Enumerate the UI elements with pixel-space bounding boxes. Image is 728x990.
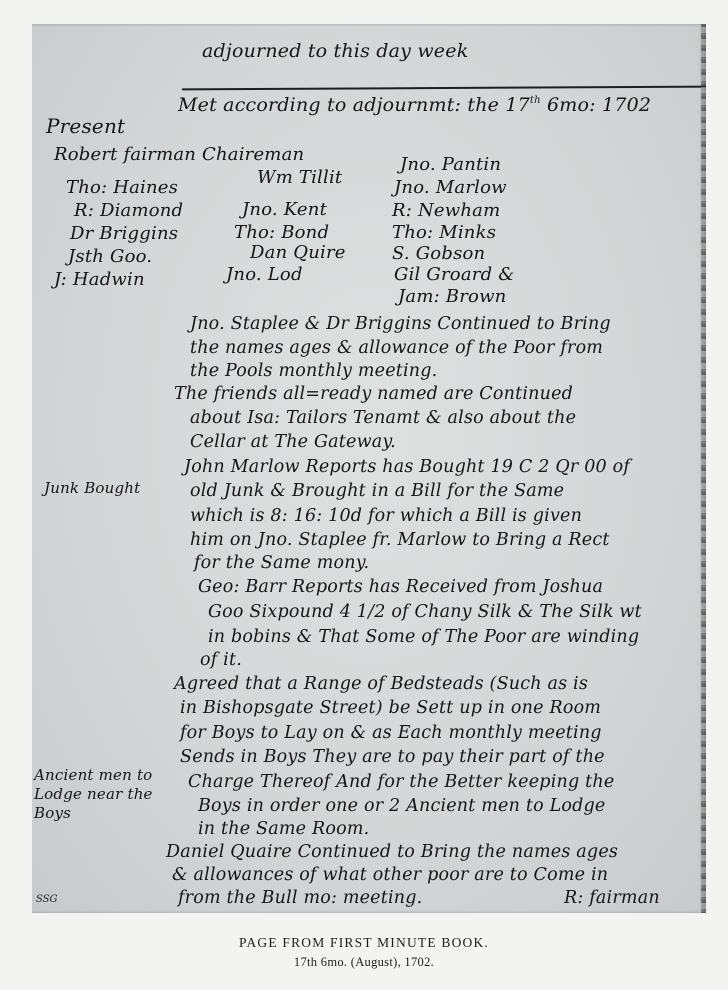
minute-line: about Isa: Tailors Tenamt & also about t… <box>190 408 576 428</box>
chairman-line: Robert fairman Chaireman <box>54 144 304 165</box>
attendee: Tho: Haines <box>66 177 178 198</box>
attendee: Jno. Marlow <box>394 177 507 198</box>
attendee: Gil Groard & <box>394 264 514 285</box>
minute-line: in the Same Room. <box>198 819 369 839</box>
attendee: Wm Tillit <box>257 167 342 188</box>
date-line-text: Met according to adjournmt: the 17 <box>178 94 530 116</box>
attendee: Dan Quire <box>250 242 346 263</box>
minute-line: The friends all=ready named are Continue… <box>174 384 573 404</box>
minute-line: from the Bull mo: meeting. <box>178 888 422 908</box>
date-line-suffix: 6mo: 1702 <box>541 94 651 116</box>
minute-line: Sends in Boys They are to pay their part… <box>180 747 605 767</box>
minute-line: Jno. Staplee & Dr Briggins Continued to … <box>190 314 611 334</box>
minute-line: John Marlow Reports has Bought 19 C 2 Qr… <box>184 457 630 477</box>
attendee: Tho: Minks <box>392 222 496 243</box>
manuscript-page: adjourned to this day week Met according… <box>32 24 706 913</box>
heading-adjourned: adjourned to this day week <box>202 40 468 62</box>
minute-line: for Boys to Lay on & as Each monthly mee… <box>180 723 602 743</box>
signature: R: fairman <box>564 888 660 908</box>
attendee: J: Hadwin <box>54 269 145 290</box>
attendee: Jno. Lod <box>226 264 303 285</box>
minute-line: & allowances of what other poor are to C… <box>172 865 608 885</box>
caption-subtitle: 17th 6mo. (August), 1702. <box>0 955 728 970</box>
minute-line: the Pools monthly meeting. <box>190 361 437 381</box>
attendee: Jno. Pantin <box>400 154 501 175</box>
minute-line: Geo: Barr Reports has Received from Josh… <box>198 577 603 597</box>
minute-line: for the Same mony. <box>194 553 369 573</box>
margin-note-junk: Junk Bought <box>44 479 164 498</box>
attendee: R: Diamond <box>74 200 183 221</box>
minute-line: Cellar at The Gateway. <box>190 432 396 452</box>
minute-line: Goo Sixpound 4 1/2 of Chany Silk & The S… <box>208 602 642 622</box>
minute-line: Daniel Quaire Continued to Bring the nam… <box>166 842 618 862</box>
minute-line: the names ages & allowance of the Poor f… <box>190 338 603 358</box>
minute-line: Agreed that a Range of Bedsteads (Such a… <box>174 674 588 694</box>
date-line: Met according to adjournmt: the 17th 6mo… <box>178 94 651 116</box>
margin-note-ancient-men: Ancient men to Lodge near the Boys <box>34 766 159 823</box>
minute-line: in bobins & That Some of The Poor are wi… <box>208 627 639 647</box>
minute-line: Boys in order one or 2 Ancient men to Lo… <box>198 796 606 816</box>
attendee: S. Gobson <box>392 243 485 264</box>
minute-line: of it. <box>200 650 242 670</box>
attendee: Tho: Bond <box>234 222 329 243</box>
caption-title: PAGE FROM FIRST MINUTE BOOK. <box>0 935 728 951</box>
minute-line: in Bishopsgate Street) be Sett up in one… <box>180 698 601 718</box>
minute-line: which is 8: 16: 10d for which a Bill is … <box>190 506 582 526</box>
present-label: Present <box>46 114 125 138</box>
corner-mark: SSG <box>36 894 58 905</box>
attendee: Jsth Goo. <box>68 246 152 267</box>
minute-line: old Junk & Brought in a Bill for the Sam… <box>190 481 564 501</box>
date-line-superscript: th <box>530 95 541 106</box>
minute-line: him on Jno. Staplee fr. Marlow to Bring … <box>190 530 610 550</box>
attendee: Jno. Kent <box>242 199 327 220</box>
attendee: Dr Briggins <box>70 223 178 244</box>
minute-line: Charge Thereof And for the Better keepin… <box>188 772 614 792</box>
attendee: R: Newham <box>392 200 500 221</box>
heading-rule <box>182 86 706 91</box>
attendee: Jam: Brown <box>398 286 506 307</box>
